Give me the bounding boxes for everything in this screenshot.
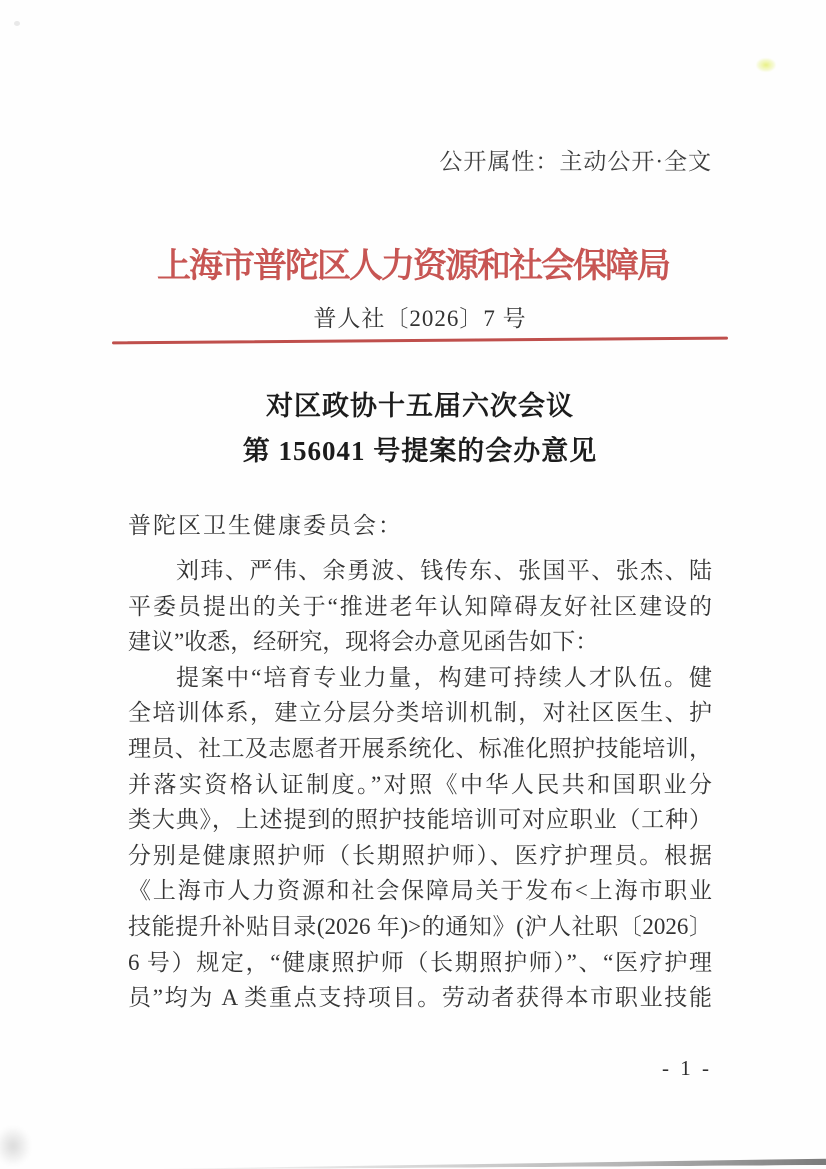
body-text-line: 6 号）规定，“健康照护师（长期照护师）”、“医疗护理 <box>128 945 712 981</box>
body-text-line: 《上海市人力资源和社会保障局关于发布<上海市职业 <box>128 873 712 909</box>
body-text-line: 技能提升补贴目录(2026 年)>的通知》(沪人社职〔2026〕 <box>128 909 712 945</box>
body-text-line: 建议”收悉，经研究，现将会办意见函告如下： <box>128 624 712 660</box>
body-text-line: 提案中“培育专业力量，构建可持续人才队伍。健 <box>128 660 712 696</box>
yellow-smudge-artifact <box>756 58 776 72</box>
body-text-line: 平委员提出的关于“推进老年认知障碍友好社区建设的 <box>128 589 712 625</box>
salutation-line: 普陀区卫生健康委员会： <box>128 511 712 541</box>
body-text-line: 全培训体系，建立分层分类培训机制，对社区医生、护 <box>128 695 712 731</box>
page-number: - 1 - <box>128 1056 712 1081</box>
scan-edge-shadow <box>118 1158 826 1169</box>
document-number: 普人社〔2026〕7 号 <box>128 300 712 333</box>
scan-speck-artifact <box>14 21 20 26</box>
body-text-line: 理员、社工及志愿者开展系统化、标准化照护技能培训， <box>128 731 712 767</box>
document-title-line1: 对区政协十五届六次会议 <box>128 384 712 429</box>
disclosure-attribute-line: 公开属性：主动公开·全文 <box>128 148 712 176</box>
agency-letterhead-title: 上海市普陀区人力资源和社会保障局 <box>28 238 798 287</box>
document-title-line2: 第 156041 号提案的会办意见 <box>128 429 712 474</box>
body-text-line: 刘玮、严伟、余勇波、钱传东、张国平、张杰、陆 <box>128 553 712 589</box>
body-text-line: 员”均为 A 类重点支持项目。劳动者获得本市职业技能 <box>128 980 712 1016</box>
body-text-block: 刘玮、严伟、余勇波、钱传东、张国平、张杰、陆平委员提出的关于“推进老年认知障碍友… <box>128 553 712 1016</box>
letterhead-divider-rule <box>112 337 728 345</box>
body-text-line: 并落实资格认证制度。”对照《中华人民共和国职业分 <box>128 767 712 803</box>
body-text-line: 类大典》，上述提到的照护技能培训可对应职业（工种） <box>128 802 712 838</box>
scanned-document-page: 公开属性：主动公开·全文 上海市普陀区人力资源和社会保障局 普人社〔2026〕7… <box>0 0 826 1169</box>
scan-corner-smudge <box>0 1127 30 1165</box>
body-text-line: 分别是健康照护师（长期照护师）、医疗护理员。根据 <box>128 838 712 874</box>
document-title: 对区政协十五届六次会议 第 156041 号提案的会办意见 <box>128 384 712 474</box>
